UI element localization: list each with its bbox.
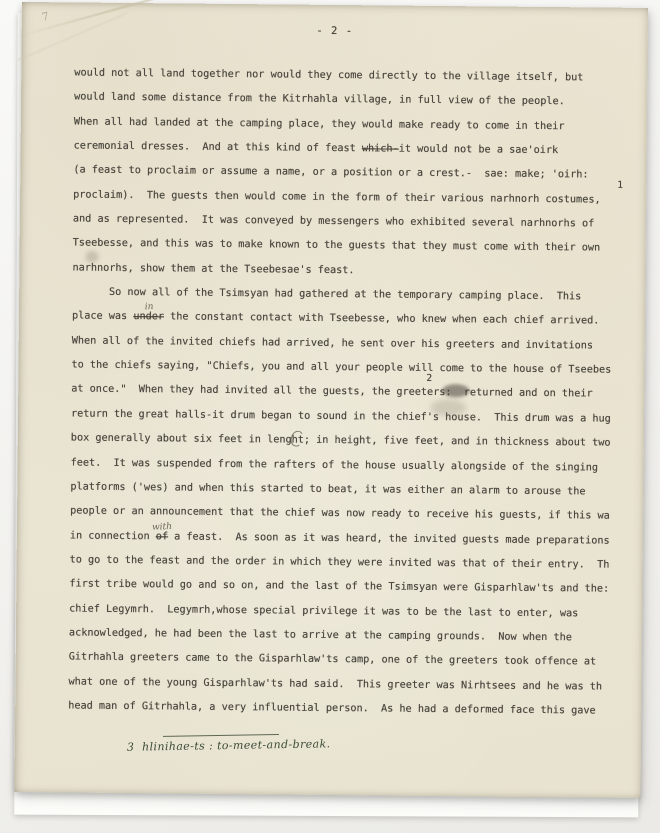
pencil-correction-text: in: [144, 302, 153, 312]
typed-text: ; in height, five feet, and in thickness…: [304, 435, 611, 449]
typed-text: place was: [72, 311, 133, 323]
ink-blot: [442, 384, 469, 397]
typed-text: narhnorhs, show them at the Tseebesae's …: [72, 262, 354, 276]
typed-text: it would not be a sae'oirk: [399, 144, 559, 157]
footnote-marker-1: 1: [617, 180, 623, 191]
typed-body: would not all land together nor would th…: [68, 68, 644, 731]
handwritten-overline: [163, 734, 279, 737]
pencil-correction-text: with: [152, 521, 172, 532]
ink-smudge: [430, 399, 466, 416]
typed-line: head man of Gitrhahla, a very influentia…: [68, 700, 638, 730]
typed-text: in connection: [70, 530, 156, 542]
footnote-marker-2: 2: [426, 373, 432, 384]
correction: ofwith: [156, 531, 168, 542]
correction: underin: [133, 312, 164, 323]
page-number: - 2 -: [22, 22, 648, 40]
typed-text: ceremonial dresses. And at this kind of …: [74, 141, 362, 155]
typed-text: would not all land together nor would th…: [74, 68, 583, 84]
typed-text: box generally about six feet in leng: [71, 433, 292, 446]
scanned-page: 7 - 2 - would not all land together nor …: [14, 2, 648, 798]
struck-text: which-: [362, 143, 399, 154]
struck-text: under: [133, 312, 164, 323]
transposition-marked-text: ht: [292, 435, 304, 446]
handwritten-footnote: 3 hlinihae-ts : to-meet-and-break.: [127, 737, 331, 753]
margin-smudge: [86, 251, 99, 263]
typed-text: the constant contact with Tseebesse, who…: [164, 312, 600, 327]
